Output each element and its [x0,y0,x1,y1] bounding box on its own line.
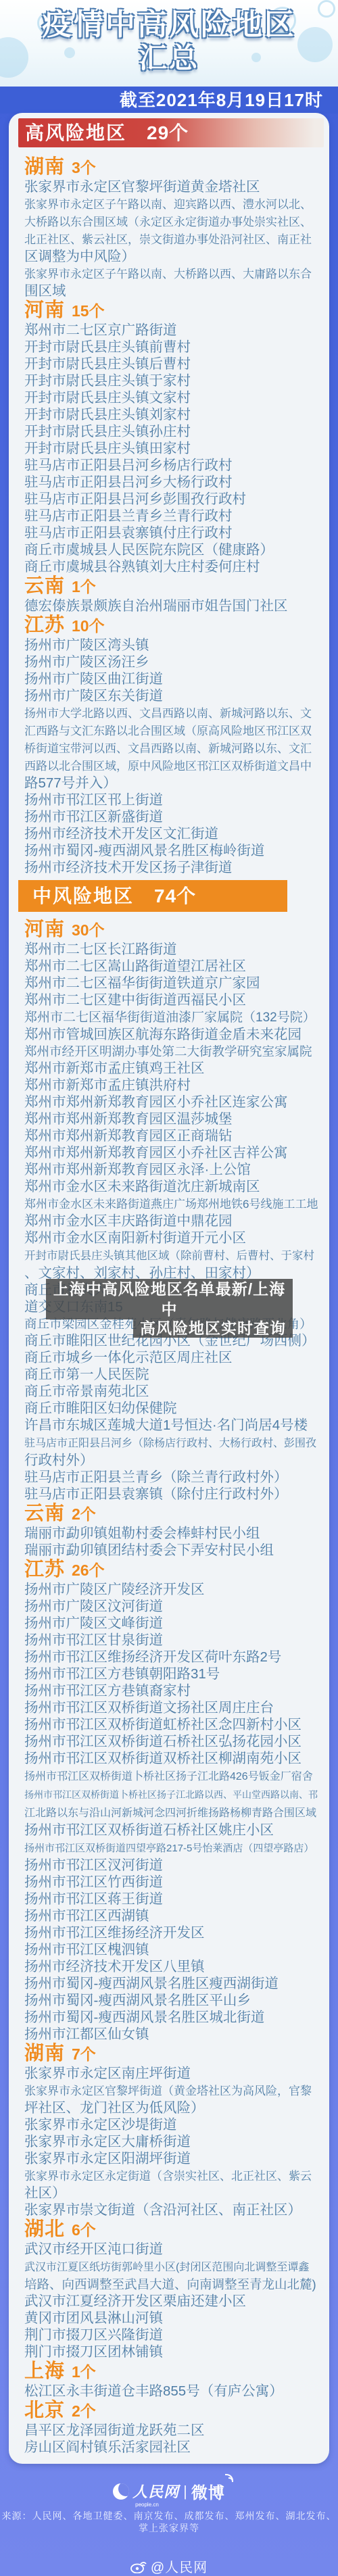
province-header-上海: 上海1个 [9,2360,329,2383]
list-item-line: 张家界市永定区沙堤街道 [9,2116,318,2133]
list-item-line: 开封市尉氏县庄头镇其他区域（除前曹村、后曹村、于家村 [9,1246,318,1265]
list-item-line: 张家界市永定区永定街道（含崇实社区、北正社区、紫云 [9,2167,318,2185]
list-item-line: 扬州市蜀冈-瘦西湖风景名胜区梅岭街道 [9,842,318,859]
province-header-云南: 云南2个 [9,1503,329,1525]
list-item-text: 郑州市二七区嵩山路街道望江居社区 [24,958,246,975]
list-item-text: 张家界市永定区官黎坪街道黄金塔社区 [24,178,260,195]
list-item-text: 武汉市经开区沌口街道 [24,2241,163,2258]
list-item-line: 扬州市广陵区曲江街道 [9,671,318,687]
list-item-text: 扬州市邗江区双桥街道双桥社区柳湖南苑小区 [24,1750,301,1767]
mid-risk-label: 中风险地区 [32,885,134,906]
list-item-text: 商丘市城乡一体化示范区周庄社区 [24,1349,233,1366]
list-item-line: 张家界市永定区大庸桥街道 [9,2133,318,2150]
list-item-text: 驻马店市正阳县吕河乡（除杨店行政村、大杨行政村、彭围孜 [24,1435,316,1452]
list-item-text: 扬州市邗江区维扬经济开发区荷叶东路2号 [24,1649,281,1666]
list-item-text: 张家界市永定区永定街道（含崇实社区、北正社区、紫云 [24,2168,312,2185]
list-item-text: 商丘市虞城县人民医院东院区（健康路） [24,541,274,558]
watermark-caption: 上海中高风险地区名单最新/上海中高风险地区实时查询 [46,1279,293,1338]
province-header-湖南: 湖南3个 [9,156,329,178]
list-item-line: 郑州市经开区明湖办事处第二大街教学研究室家属院 [9,1043,318,1060]
risk-list-card: 高风险地区29个湖南3个张家界市永定区官黎坪街道黄金塔社区张家界市永定区子午路以… [9,113,329,2464]
province-name: 北京 [24,2400,65,2421]
list-item-text: 黄冈市团风县淋山河镇 [24,2310,163,2327]
province-count: 30个 [72,921,105,939]
list-item-line: 松江区永丰街道仓丰路855号（有庐公寓） [9,2383,318,2400]
province-name: 河南 [24,299,65,321]
list-item-line: 扬州市邗江区维扬经济开发区荷叶东路2号 [9,1649,318,1666]
list-item-text: 郑州市金水区未来路街道燕庄广场郑州地铁6号线施工工地 [24,1196,318,1213]
list-item-text: 开封市尉氏县庄头镇孙庄村 [24,423,191,440]
list-item-text: 房山区阎村镇乐活家园社区 [24,2439,191,2456]
sections: 高风险地区29个湖南3个张家界市永定区官黎坪街道黄金塔社区张家界市永定区子午路以… [9,118,329,2456]
list-item-text: 郑州市郑州新郑教育园区温莎城堡 [24,1111,233,1127]
list-item-line: 郑州市二七区嵩山路街道望江居社区 [9,958,318,975]
list-item-line: 扬州市邗江区蒋王街道 [9,1891,318,1907]
list-item-line: 大桥路以东合围区域（永定区永定街道办事处崇实社区、 [9,213,318,230]
list-item-text: 郑州市经开区明湖办事处第二大街教学研究室家属院 [24,1043,312,1060]
list-item-line: 驻马店市正阳县吕河乡彭围孜行政村 [9,491,318,508]
list-item-line: 扬州市广陵区湾头镇 [9,637,318,654]
list-item-text: 许昌市东城区莲城大道1号恒达·名门尚居4号楼 [24,1417,308,1434]
list-item-text: 郑州市郑州新郑教育园区小乔社区吉祥公寓 [24,1144,288,1161]
list-item-text: 张家界市永定区沙堤街道 [24,2116,177,2133]
peoples-daily-moon-icon [113,2483,129,2500]
list-item-line: 扬州市邗江区汊河街道 [9,1857,318,1874]
list-item-line: 扬州市邗江区双桥街道石桥社区姚庄小区 [9,1822,318,1839]
list-item-text: 郑州市郑州新郑教育园区正商瑞钻 [24,1127,233,1144]
list-item-text: 扬州市经济技术开发区文汇街道 [24,825,218,842]
list-item-text: 驻马店市正阳县兰青乡兰青行政村 [24,508,233,525]
list-item-text: 驻马店市正阳县吕河乡大杨行政村 [24,474,233,491]
list-item-line: 德宏傣族景颇族自治州瑞丽市姐告国门社区 [9,598,318,614]
list-item-line: 郑州市金水区未来路街道燕庄广场郑州地铁6号线施工工地 [9,1195,318,1213]
list-item-text: 扬州市邗江区槐泗镇 [24,1941,149,1958]
province-name: 云南 [24,575,65,597]
list-item-line: 开封市尉氏县庄头镇于家村 [9,372,318,389]
province-name: 江苏 [24,614,65,636]
list-item-text: 扬州市蜀冈-瘦西湖风景名胜区瘦西湖街道 [24,1975,279,1992]
high-risk-count: 29个 [147,122,189,143]
list-item-line: 张家界市永定区官黎坪街道黄金塔社区 [9,178,318,195]
list-item-line: 驻马店市正阳县兰青乡兰青行政村 [9,508,318,525]
list-item-line: 扬州市邗江区西湖镇 [9,1907,318,1924]
list-item-text: 武汉市江夏经济开发区栗庙还建小区 [24,2293,246,2310]
list-item-line: 扬州市经济技术开发区文汇街道 [9,825,318,842]
list-item-text: 行政村外） [24,1452,94,1469]
list-item-text: 商丘市睢阳区妇幼保健院 [24,1400,177,1417]
province-header-湖南: 湖南7个 [9,2043,329,2065]
province-header-江苏: 江苏10个 [9,614,329,637]
list-item-text: 坪社区、龙门社区为低风险） [24,2099,205,2116]
list-item-text: 开封市尉氏县庄头镇后曹村 [24,356,191,372]
list-item-text: 张家界市永定区子午路以南、迎宾路以西、澧水河以北、 [24,196,312,213]
page-title-line2: 汇总 [0,42,338,74]
list-item-text: 扬州市邗江区双桥街道虹桥社区念四新村小区 [24,1716,301,1733]
list-item-line: 郑州市郑州新郑教育园区温莎城堡 [9,1111,318,1127]
list-item-line: 驻马店市正阳县袁寨镇付庄行政村 [9,525,318,541]
list-item-text: 开封市尉氏县庄头镇前曹村 [24,339,191,356]
as-of-date-banner: 截至2021年8月19日17时 [0,87,338,114]
list-item-text: 扬州市蜀冈-瘦西湖风景名胜区城北街道 [24,2009,264,2026]
list-item-text: 扬州市广陵区汶河街道 [24,1598,163,1615]
list-item-text: 松江区永丰街道仓丰路855号（有庐公寓） [24,2383,283,2400]
list-item-line: 扬州市江都区仙女镇 [9,2026,318,2043]
province-name: 湖南 [24,156,65,178]
list-item-line: 开封市尉氏县庄头镇刘家村 [9,406,318,423]
list-item-text: 扬州市蜀冈-瘦西湖风景名胜区平山乡 [24,1992,251,2009]
people-cn-label: people.cn [135,2502,159,2508]
list-item-text: 商丘市第一人民医院 [24,1366,149,1383]
list-item-text: 扬州市大学北路以西、文昌西路以南、新城河路以东、文 [24,705,312,722]
list-item-line: 郑州市新郑市孟庄镇洪府村 [9,1077,318,1094]
list-item-text: 扬州市邗江区双桥街道石桥社区姚庄小区 [24,1822,274,1839]
list-item-line: 扬州市邗江区方巷镇朝阳路31号 [9,1666,318,1682]
list-item-line: 扬州市经济技术开发区八里镇 [9,1958,318,1975]
list-item-line: 坪社区、龙门社区为低风险） [9,2099,318,2116]
list-item-text: 郑州市管城回族区航海东路街道金盾未来花园 [24,1026,301,1043]
list-item-line: 郑州市二七区福华街街道铁道京广家园 [9,975,318,992]
list-item-line: 扬州市邗江区方巷镇裔家村 [9,1682,318,1699]
list-item-text: 郑州市二七区长江路街道 [24,941,177,958]
list-item-line: 商丘市城乡一体化示范区周庄社区 [9,1349,318,1366]
list-item-text: 开封市尉氏县庄头镇文家村 [24,389,191,406]
list-item-text: 昌平区龙泽园街道龙跃苑二区 [24,2422,205,2439]
weibo-handle: @人民网 [0,2556,338,2576]
list-item-line: 扬州市广陵区广陵经济开发区 [9,1581,318,1598]
province-header-河南: 河南15个 [9,299,329,322]
logo-divider: | [183,2483,187,2500]
list-item-text: 扬州市经济技术开发区扬子津街道 [24,859,233,876]
list-item-text: 扬州市邗江区甘泉街道 [24,1632,163,1649]
list-item-text: 扬州市广陵区湾头镇 [24,637,149,654]
list-item-line: 昌平区龙泽园街道龙跃苑二区 [9,2422,318,2439]
province-name: 上海 [24,2360,65,2382]
list-item-line: 扬州市邗江区双桥街道文扬社区周庄庄台 [9,1699,318,1716]
list-item-text: 商丘市帝景南苑北区 [24,1383,149,1400]
list-item-line: 郑州市二七区建中街街道西福民小区 [9,992,318,1008]
list-item-text: 德宏傣族景颇族自治州瑞丽市姐告国门社区 [24,598,288,614]
list-item-line: 荆门市掇刀区兴隆街道 [9,2327,318,2343]
list-item-text: 郑州市二七区京广路街道 [24,322,177,339]
source-attribution: 来源：人民网、各地卫健委、南京发布、成都发布、郑州发布、湖北发布、 掌上张家界等 [0,2510,338,2534]
list-item-text: 开封市尉氏县庄头镇田家村 [24,440,191,457]
list-item-text: 张家界市永定区子午路以南、大桥路以西、大庸路以东合 [24,266,312,283]
list-item-line: 扬州市邗江区双桥街道虹桥社区念四新村小区 [9,1716,318,1733]
list-item-line: 扬州市大学北路以西、文昌西路以南、新城河路以东、文 [9,704,318,722]
list-item-text: 荆门市掇刀区团林铺镇 [24,2343,163,2360]
province-name: 云南 [24,1503,65,1524]
list-item-line: 行政村外） [9,1452,318,1469]
page-title: 疫情中高风险地区 汇总 [0,8,338,74]
list-item-text: 扬州市邗江区双桥街道卜桥社区扬子江北路426号钣金厂宿舍 [24,1768,313,1785]
province-header-江苏: 江苏26个 [9,1559,329,1581]
list-item-line: 商丘市睢阳区妇幼保健院 [9,1400,318,1417]
list-item-text: 扬州市江都区仙女镇 [24,2026,149,2043]
watermark-caption-line2: 高风险地区实时查询 [133,1319,293,1338]
list-item-line: 开封市尉氏县庄头镇后曹村 [9,356,318,372]
list-item-text: 郑州市新郑市孟庄镇洪府村 [24,1077,191,1094]
list-item-line: 扬州市广陵区东关街道 [9,687,318,704]
list-item-line: 许昌市东城区莲城大道1号恒达·名门尚居4号楼 [9,1417,318,1434]
list-item-text: 驻马店市正阳县吕河乡杨店行政村 [24,457,233,474]
list-item-line: 社区） [9,2185,318,2202]
list-item-line: 扬州市邗江区双桥街道卜桥社区扬子江北路426号钣金厂宿舍 [9,1767,318,1785]
weibo-wordmark: 微博 [191,2479,225,2503]
list-item-text: 江北路以东与沿山河新城河念四河折维扬路杨柳青路合围区域 [24,1805,316,1822]
list-item-line: 荆门市掇刀区团林铺镇 [9,2343,318,2360]
list-item-text: 张家界市永定区阳湖坪街道 [24,2150,191,2167]
list-item-text: 张家界市永定区南庄坪街道 [24,2065,191,2082]
list-item-text: 郑州市金水区未来路街道沈庄新城南区 [24,1178,260,1195]
list-item-line: 扬州市邗江区双桥街道双桥社区柳湖南苑小区 [9,1750,318,1767]
list-item-text: 扬州市广陵区汤汪乡 [24,654,149,671]
list-item-text: 扬州市广陵区东关街道 [24,687,163,704]
list-item-text: 郑州市新郑市孟庄镇鸡王社区 [24,1060,205,1077]
list-item-line: 北正社区、紫云社区，崇文街道办事处沿河社区、南正社 [9,230,318,248]
list-item-line: 扬州市邗江区槐泗镇 [9,1941,318,1958]
list-item-line: 郑州市二七区长江路街道 [9,941,318,958]
list-item-text: 驻马店市正阳县袁寨镇付庄行政村 [24,525,233,541]
high-risk-label: 高风险地区 [25,122,126,143]
list-item-line: 围区域 [9,283,318,299]
list-item-text: 北正社区、紫云社区，崇文街道办事处沿河社区、南正社 [24,231,312,248]
list-item-line: 郑州市金水区未来路街道沈庄新城南区 [9,1178,318,1195]
list-item-line: 扬州市邗江区竹西街道 [9,1874,318,1891]
list-item-line: 瑞丽市勐卯镇姐勒村委会棒蚌村民小组 [9,1525,318,1542]
province-count: 1个 [72,578,96,596]
list-item-text: 大桥路以东合围区域（永定区永定街道办事处崇实社区、 [24,214,312,230]
weibo-handle-text: @人民网 [151,2556,208,2576]
page-title-line1: 疫情中高风险地区 [0,8,338,42]
list-item-line: 扬州市邗江区新盛街道 [9,808,318,825]
list-item-text: 瑞丽市勐卯镇姐勒村委会棒蚌村民小组 [24,1525,260,1542]
list-item-line: 区调整为中风险） [9,248,318,265]
signal-arcs-icon [225,2474,233,2482]
list-item-text: 扬州市邗江区双桥街道卜桥社区扬子江北路以西、平山堂西路以南、邗 [24,1787,318,1803]
header-decor-area: 疫情中高风险地区 汇总 [0,0,338,87]
high-risk-banner: 高风险地区29个 [18,118,324,147]
list-item-line: 张家界市永定区阳湖坪街道 [9,2150,318,2167]
list-item-obscured: 商丘市神火大道交叉口东南15上海中高风险地区名单最新/上海中高风险地区实时查询 [9,1282,329,1315]
list-item-line: 扬州市邗江区双桥街道四望亭路217-5号怡莱酒店（四望亭路店） [9,1839,318,1857]
list-item-line: 扬州市邗江区甘泉街道 [9,1632,318,1649]
list-item-line: 武汉市江夏区纸坊街郭岭里小区(封闭区范围向北调整至谭鑫 [9,2258,318,2276]
list-item-line: 路577号并入） [9,775,318,792]
list-item-text: 扬州市邗江区蒋王街道 [24,1891,163,1907]
list-item-line: 驻马店市正阳县兰青乡（除兰青行政村外） [9,1469,318,1486]
list-item-line: 郑州市郑州新郑教育园区永泽·上公馆 [9,1161,318,1178]
list-item-line: 张家界市永定区子午路以南、迎宾路以西、澧水河以北、 [9,195,318,213]
list-item-text: 驻马店市正阳县袁寨镇（除付庄行政村外） [24,1486,288,1503]
list-item-line: 武汉市江夏经济开发区栗庙还建小区 [9,2293,318,2310]
list-item-text: 荆门市掇刀区兴隆街道 [24,2327,163,2343]
list-item-text: 扬州市广陵区文峰街道 [24,1615,163,1632]
list-item-line: 郑州市郑州新郑教育园区小乔社区吉祥公寓 [9,1144,318,1161]
list-item-text: 开封市尉氏县庄头镇刘家村 [24,406,191,423]
list-item-text: 瑞丽市勐卯镇团结村委会下弄安村民小组 [24,1542,274,1559]
province-count: 3个 [72,159,96,176]
province-count: 26个 [72,1561,105,1579]
list-item-text: 扬州市邗江区竹西街道 [24,1874,163,1891]
list-item-text: 桥街道宝带河以西、文昌西路以南、新城河路以东、文汇 [24,740,312,757]
list-item-text: 张家界市崇文街道（含沿河社区、南正社区） [24,2202,301,2218]
list-item-line: 扬州市蜀冈-瘦西湖风景名胜区瘦西湖街道 [9,1975,318,1992]
list-item-text: 扬州市邗江区汊河街道 [24,1857,163,1874]
list-item-line: 扬州市蜀冈-瘦西湖风景名胜区城北街道 [9,2009,318,2026]
list-item-line: 张家界市崇文街道（含沿河社区、南正社区） [9,2202,318,2218]
list-item-line: 西路以北合围区域，原中风险地区邗江区双桥街道文昌中 [9,757,318,775]
list-item-line: 瑞丽市勐卯镇团结村委会下弄安村民小组 [9,1542,318,1559]
list-item-line: 驻马店市正阳县吕河乡大杨行政村 [9,474,318,491]
list-item-line: 郑州市管城回族区航海东路街道金盾未来花园 [9,1026,318,1043]
province-header-湖北: 湖北6个 [9,2218,329,2241]
list-item-line: 扬州市邗江区双桥街道石桥社区弘扬花园小区 [9,1733,318,1750]
list-item-line: 张家界市永定区南庄坪街道 [9,2065,318,2082]
province-count: 6个 [72,2221,96,2239]
list-item-text: 郑州市二七区建中街街道西福民小区 [24,992,246,1008]
list-item-line: 扬州市邗江区维扬经济开发区 [9,1924,318,1941]
list-item-line: 扬州市经济技术开发区扬子津街道 [9,859,318,876]
weibo-icon [130,2560,147,2573]
list-item-line: 张家界市永定区官黎坪街道（黄金塔社区为高风险，官黎 [9,2082,318,2099]
list-item-line: 商丘市第一人民医院 [9,1366,318,1383]
list-item-line: 汇西路与文汇东路以北合围区域（原高风险地区邗江区双 [9,722,318,739]
list-item-line: 张家界市永定区子午路以南、大桥路以西、大庸路以东合 [9,265,318,283]
list-item-text: 区调整为中风险） [24,248,135,265]
list-item-line: 桥街道宝带河以西、文昌西路以南、新城河路以东、文汇 [9,739,318,757]
list-item-line: 郑州市金水区丰庆路街道中鼎花园 [9,1213,318,1230]
province-name: 湖北 [24,2218,65,2240]
list-item-text: 汇西路与文汇东路以北合围区域（原高风险地区邗江区双 [24,723,312,739]
list-item-text: 扬州市广陵区广陵经济开发区 [24,1581,205,1598]
list-item-line: 扬州市邗江区邗上街道 [9,792,318,808]
province-count: 1个 [72,2363,96,2381]
list-item-text: 社区） [24,2185,66,2202]
list-item-line: 郑州市金水区南阳新村街道开元小区 [9,1230,318,1246]
province-count: 2个 [72,1505,96,1523]
list-item-text: 扬州市邗江区方巷镇朝阳路31号 [24,1666,220,1682]
list-item-line: 培路、向西调整至武昌大道、向南调整至青龙山北麓) [9,2276,318,2293]
peoples-daily-wordmark: 人民网people.cn [132,2481,179,2502]
list-item-line: 武汉市经开区沌口街道 [9,2241,318,2258]
list-item-line: 商丘市虞城县人民医院东院区（健康路） [9,541,318,558]
list-item-line: 开封市尉氏县庄头镇前曹村 [9,339,318,356]
list-item-line: 驻马店市正阳县吕河乡杨店行政村 [9,457,318,474]
list-item-line: 郑州市郑州新郑教育园区正商瑞钻 [9,1127,318,1144]
list-item-text: 扬州市邗江区邗上街道 [24,792,163,808]
province-count: 10个 [72,617,105,635]
list-item-text: 围区域 [24,283,66,299]
list-item-text: 郑州市二七区福华街街道铁道京广家园 [24,975,260,992]
list-item-line: 开封市尉氏县庄头镇田家村 [9,440,318,457]
list-item-line: 扬州市广陵区汶河街道 [9,1598,318,1615]
mid-risk-count: 74个 [154,885,196,906]
province-count: 15个 [72,302,105,320]
list-item-text: 郑州市郑州新郑教育园区永泽·上公馆 [24,1161,251,1178]
province-header-云南: 云南1个 [9,575,329,598]
list-item-text: 扬州市邗江区双桥街道文扬社区周庄庄台 [24,1699,274,1716]
list-item-line: 郑州市二七区福华街街道油漆厂家属院（132号院） [9,1008,318,1026]
list-item-text: 郑州市郑州新郑教育园区小乔社区连家公寓 [24,1094,288,1111]
list-item-text: 驻马店市正阳县兰青乡（除兰青行政村外） [24,1469,288,1486]
province-name: 河南 [24,919,65,940]
list-item-line: 郑州市新郑市孟庄镇鸡王社区 [9,1060,318,1077]
province-count: 7个 [72,2045,96,2063]
list-item-line: 开封市尉氏县庄头镇孙庄村 [9,423,318,440]
list-item-line: 郑州市郑州新郑教育园区小乔社区连家公寓 [9,1094,318,1111]
province-name: 江苏 [24,1559,65,1580]
list-item-line: 扬州市蜀冈-瘦西湖风景名胜区平山乡 [9,1992,318,2009]
list-item-text: 扬州市邗江区方巷镇裔家村 [24,1682,191,1699]
list-item-text: 西路以北合围区域，原中风险地区邗江区双桥街道文昌中 [24,758,312,775]
province-count: 2个 [72,2402,96,2420]
list-item-line: 商丘市帝景南苑北区 [9,1383,318,1400]
list-item-text: 郑州市金水区南阳新村街道开元小区 [24,1230,246,1246]
list-item-text: 扬州市邗江区双桥街道四望亭路217-5号怡莱酒店（四望亭路店） [24,1840,314,1857]
list-item-text: 郑州市金水区丰庆路街道中鼎花园 [24,1213,233,1230]
province-name: 湖南 [24,2043,65,2064]
list-item-text: 开封市尉氏县庄头镇于家村 [24,372,191,389]
list-item-text: 张家界市永定区官黎坪街道（黄金塔社区为高风险，官黎 [24,2083,312,2099]
province-header-河南: 河南30个 [9,919,329,941]
list-item-text: 培路、向西调整至武昌大道、向南调整至青龙山北麓) [24,2276,316,2293]
list-item-line: 开封市尉氏县庄头镇文家村 [9,389,318,406]
province-header-北京: 北京2个 [9,2400,329,2422]
watermark-caption-line1: 上海中高风险地区名单最新/上海中 [46,1279,293,1319]
list-item-line: 商丘市虞城县谷熟镇刘大庄村委何庄村 [9,558,318,575]
list-item-text: 扬州市邗江区维扬经济开发区 [24,1924,205,1941]
list-item-text: 开封市尉氏县庄头镇其他区域（除前曹村、后曹村、于家村 [24,1248,314,1265]
list-item-text: 扬州市蜀冈-瘦西湖风景名胜区梅岭街道 [24,842,264,859]
list-item-line: 郑州市二七区京广路街道 [9,322,318,339]
peoples-daily-weibo-logo: 人民网people.cn | 微博 [0,2479,338,2503]
source-line2: 掌上张家界等 [0,2522,338,2534]
list-item-text: 扬州市邗江区双桥街道石桥社区弘扬花园小区 [24,1733,301,1750]
list-item-text: 郑州市二七区福华街街道油漆厂家属院（132号院） [24,1009,316,1026]
poster-page: { "title": {"line1": "疫情中高风险地区", "line2"… [0,0,338,2576]
source-line1: 来源：人民网、各地卫健委、南京发布、成都发布、郑州发布、湖北发布、 [0,2510,338,2522]
list-item-text: 扬州市邗江区西湖镇 [24,1907,149,1924]
list-item-line: 江北路以东与沿山河新城河念四河折维扬路杨柳青路合围区域 [9,1803,318,1822]
list-item-text: 扬州市广陵区曲江街道 [24,671,163,687]
list-item-line: 扬州市广陵区汤汪乡 [9,654,318,671]
list-item-text: 驻马店市正阳县吕河乡彭围孜行政村 [24,491,246,508]
list-item-text: 扬州市经济技术开发区八里镇 [24,1958,205,1975]
mid-risk-banner: 中风险地区74个 [18,880,287,912]
list-item-line: 扬州市邗江区双桥街道卜桥社区扬子江北路以西、平山堂西路以南、邗 [9,1785,318,1803]
list-item-line: 驻马店市正阳县吕河乡（除杨店行政村、大杨行政村、彭围孜 [9,1434,318,1452]
list-item-line: 驻马店市正阳县袁寨镇（除付庄行政村外） [9,1486,318,1503]
list-item-line: 黄冈市团风县淋山河镇 [9,2310,318,2327]
list-item-text: 扬州市邗江区新盛街道 [24,808,163,825]
list-item-text: 武汉市江夏区纸坊街郭岭里小区(封闭区范围向北调整至谭鑫 [24,2259,309,2276]
list-item-line: 扬州市广陵区文峰街道 [9,1615,318,1632]
list-item-text: 路577号并入） [24,775,117,792]
list-item-text: 张家界市永定区大庸桥街道 [24,2133,191,2150]
list-item-line: 房山区阎村镇乐活家园社区 [9,2439,318,2456]
list-item-text: 商丘市虞城县谷熟镇刘大庄村委何庄村 [24,558,260,575]
